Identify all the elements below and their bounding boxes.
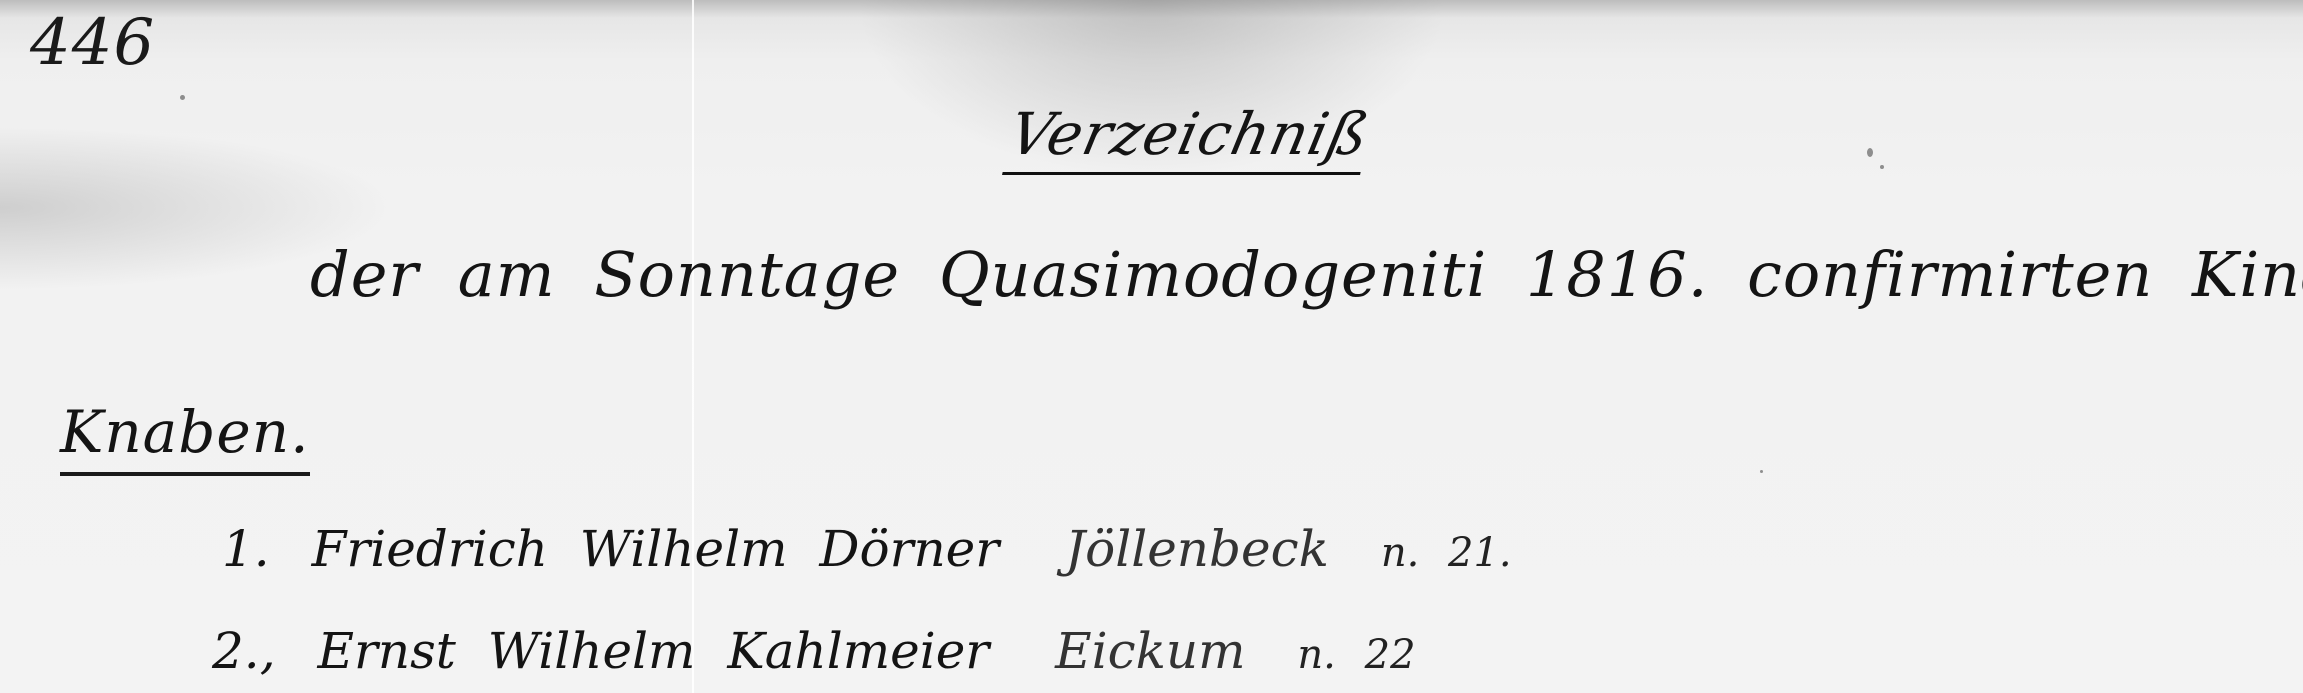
paper-speck [1760,470,1763,473]
entry-number: 1. [222,520,270,578]
document-heading: Verzeichniß [1002,100,1375,175]
page-fold-line [692,0,694,693]
register-entry: 1. Friedrich Wilhelm Dörner Jöllenbeck n… [222,520,1512,578]
intro-line: der am Sonntage Quasimodogeniti 1816. co… [310,238,2303,311]
paper-speck [1867,148,1873,157]
entry-name: Friedrich Wilhelm Dörner [312,520,1000,578]
manuscript-page: 446 Verzeichniß der am Sonntage Quasimod… [0,0,2303,693]
paper-speck [1880,165,1884,169]
entry-name: Ernst Wilhelm Kahlmeier [318,622,990,680]
entry-house-number: n. 21. [1381,530,1512,576]
paper-speck [180,95,185,100]
entry-place: Eickum [1055,622,1245,680]
entry-house-number: n. 22 [1297,632,1415,678]
register-entry: 2., Ernst Wilhelm Kahlmeier Eickum n. 22 [212,622,1416,680]
entry-number: 2., [212,622,276,680]
section-label-boys: Knaben. [60,398,310,476]
entry-place: Jöllenbeck [1065,520,1329,578]
page-number: 446 [30,6,155,80]
